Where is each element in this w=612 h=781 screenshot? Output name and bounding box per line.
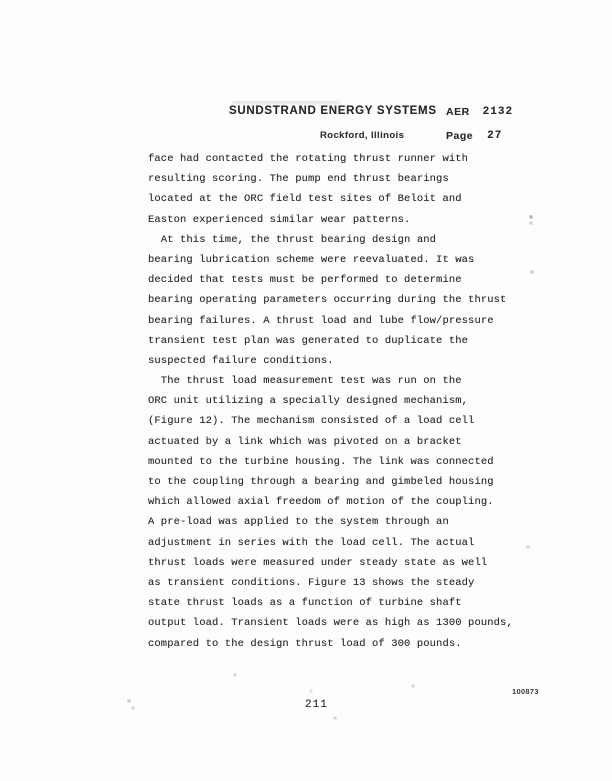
text-line: At this time, the thrust bearing design … — [148, 233, 568, 253]
text-line: face had contacted the rotating thrust r… — [148, 152, 568, 172]
text-line: suspected failure conditions. — [148, 354, 568, 374]
text-line: actuated by a link which was pivoted on … — [148, 435, 568, 455]
company-location: Rockford, Illinois — [320, 130, 404, 141]
doc-reference: AER 2132 — [446, 106, 513, 118]
text-line: state thrust loads as a function of turb… — [148, 596, 568, 616]
page-ref-number: 27 — [487, 130, 502, 142]
text-line: resulting scoring. The pump end thrust b… — [148, 172, 568, 192]
text-line: (Figure 12). The mechanism consisted of … — [148, 414, 568, 434]
footer-page-number: 211 — [305, 699, 328, 711]
text-line: thrust loads were measured under steady … — [148, 556, 568, 576]
text-line: compared to the design thrust load of 30… — [148, 637, 568, 657]
text-line: bearing lubrication scheme were reevalua… — [148, 253, 568, 273]
text-line: mounted to the turbine housing. The link… — [148, 455, 568, 475]
text-line: output load. Transient loads were as hig… — [148, 616, 568, 636]
text-line: A pre-load was applied to the system thr… — [148, 515, 568, 535]
text-line: transient test plan was generated to dup… — [148, 334, 568, 354]
document-page: SUNDSTRAND ENERGY SYSTEMS Rockford, Illi… — [0, 0, 612, 781]
scan-artifact — [232, 101, 340, 104]
page-ref-label: Page — [446, 130, 473, 142]
text-line: decided that tests must be performed to … — [148, 273, 568, 293]
stamp-number: 100873 — [512, 687, 539, 696]
company-name: SUNDSTRAND ENERGY SYSTEMS — [229, 105, 437, 117]
text-line: The thrust load measurement test was run… — [148, 374, 568, 394]
scan-artifact — [0, 0, 2, 2]
doc-ref-number: 2132 — [483, 106, 513, 118]
body-text: face had contacted the rotating thrust r… — [148, 152, 568, 657]
text-line: Easton experienced similar wear patterns… — [148, 213, 568, 233]
text-line: to the coupling through a bearing and gi… — [148, 475, 568, 495]
text-line: as transient conditions. Figure 13 shows… — [148, 576, 568, 596]
text-line: which allowed axial freedom of motion of… — [148, 495, 568, 515]
page-reference: Page 27 — [446, 130, 502, 142]
text-line: adjustment in series with the load cell.… — [148, 536, 568, 556]
text-line: located at the ORC field test sites of B… — [148, 192, 568, 212]
text-line: ORC unit utilizing a specially designed … — [148, 394, 568, 414]
text-line: bearing operating parameters occurring d… — [148, 293, 568, 313]
doc-ref-label: AER — [446, 106, 470, 118]
text-line: bearing failures. A thrust load and lube… — [148, 314, 568, 334]
